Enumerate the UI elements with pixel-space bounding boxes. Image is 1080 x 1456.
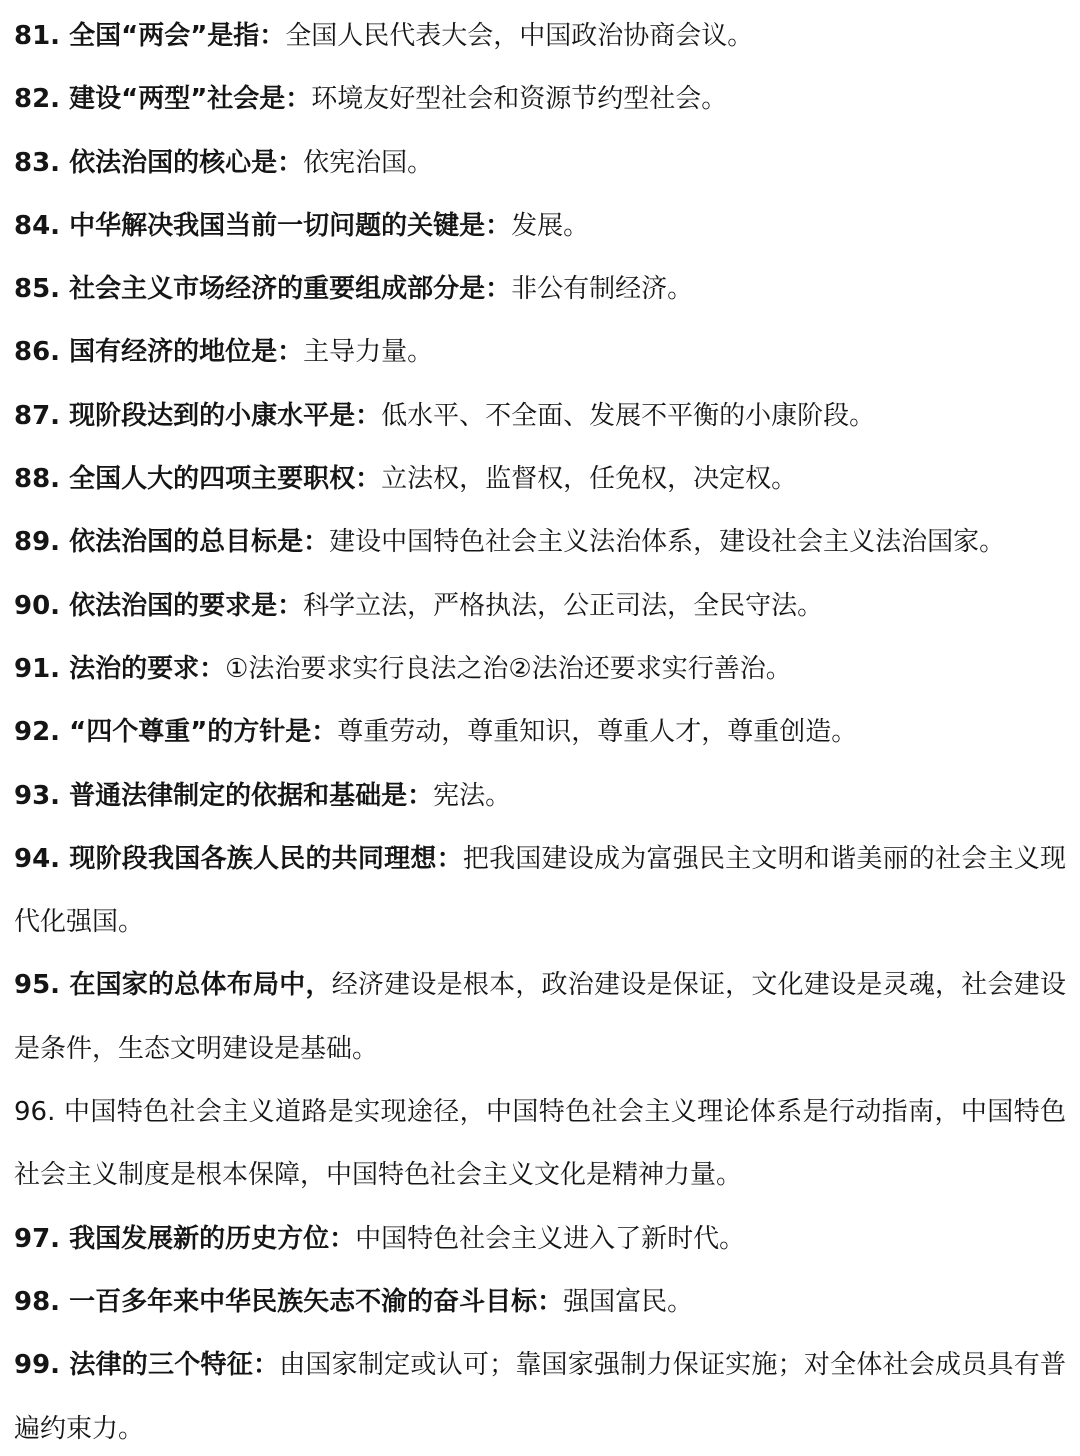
item-question: 90. 依法治国的要求是： (14, 591, 303, 621)
item-question: 92. “四个尊重”的方针是： (14, 717, 337, 747)
item-question: 91. 法治的要求： (14, 654, 225, 684)
item-answer: 立法权，监督权，任免权，决定权。 (381, 464, 797, 494)
list-item: 98. 一百多年来中华民族矢志不渝的奋斗目标：强国富民。 (14, 1271, 1066, 1334)
item-answer: ①法治要求实行良法之治②法治还要求实行善治。 (225, 654, 792, 684)
item-answer: 尊重劳动，尊重知识，尊重人才，尊重创造。 (337, 717, 857, 747)
item-answer: 建设中国特色社会主义法治体系，建设社会主义法治国家。 (329, 527, 1005, 557)
item-answer: 依宪治国。 (303, 148, 433, 178)
list-item: 96. 中国特色社会主义道路是实现途径，中国特色社会主义理论体系是行动指南，中国… (14, 1081, 1066, 1208)
item-question: 88. 全国人大的四项主要职权： (14, 464, 381, 494)
item-question: 94. 现阶段我国各族人民的共同理想： (14, 844, 463, 874)
item-answer: 宪法。 (433, 781, 511, 811)
item-question: 86. 国有经济的地位是： (14, 337, 303, 367)
list-item: 83. 依法治国的核心是：依宪治国。 (14, 132, 1066, 195)
item-question: 95. 在国家的总体布局中， (14, 970, 332, 1000)
item-answer: 强国富民。 (563, 1287, 693, 1317)
item-question: 84. 中华解决我国当前一切问题的关键是： (14, 211, 511, 241)
list-item: 89. 依法治国的总目标是：建设中国特色社会主义法治体系，建设社会主义法治国家。 (14, 511, 1066, 574)
item-answer: 低水平、不全面、发展不平衡的小康阶段。 (381, 401, 875, 431)
document-body: 81. 全国“两会”是指：全国人民代表大会，中国政治协商会议。 82. 建设“两… (0, 0, 1080, 1456)
list-item: 95. 在国家的总体布局中，经济建设是根本，政治建设是保证，文化建设是灵魂，社会… (14, 954, 1066, 1081)
item-question: 97. 我国发展新的历史方位： (14, 1224, 355, 1254)
item-question: 99. 法律的三个特征： (14, 1350, 279, 1380)
list-item: 92. “四个尊重”的方针是：尊重劳动，尊重知识，尊重人才，尊重创造。 (14, 701, 1066, 764)
list-item: 93. 普通法律制定的依据和基础是：宪法。 (14, 765, 1066, 828)
item-question: 98. 一百多年来中华民族矢志不渝的奋斗目标： (14, 1287, 563, 1317)
item-answer: 96. 中国特色社会主义道路是实现途径，中国特色社会主义理论体系是行动指南，中国… (14, 1097, 1066, 1190)
item-question: 81. 全国“两会”是指： (14, 21, 285, 51)
item-answer: 全国人民代表大会，中国政治协商会议。 (285, 21, 753, 51)
item-question: 89. 依法治国的总目标是： (14, 527, 329, 557)
list-item: 99. 法律的三个特征：由国家制定或认可；靠国家强制力保证实施；对全体社会成员具… (14, 1334, 1066, 1456)
list-item: 85. 社会主义市场经济的重要组成部分是：非公有制经济。 (14, 258, 1066, 321)
item-answer: 非公有制经济。 (511, 274, 693, 304)
list-item: 84. 中华解决我国当前一切问题的关键是：发展。 (14, 195, 1066, 258)
list-item: 87. 现阶段达到的小康水平是：低水平、不全面、发展不平衡的小康阶段。 (14, 385, 1066, 448)
item-question: 82. 建设“两型”社会是： (14, 84, 311, 114)
item-question: 87. 现阶段达到的小康水平是： (14, 401, 381, 431)
item-answer: 中国特色社会主义进入了新时代。 (355, 1224, 745, 1254)
item-question: 83. 依法治国的核心是： (14, 148, 303, 178)
item-question: 85. 社会主义市场经济的重要组成部分是： (14, 274, 511, 304)
list-item: 88. 全国人大的四项主要职权：立法权，监督权，任免权，决定权。 (14, 448, 1066, 511)
list-item: 82. 建设“两型”社会是：环境友好型社会和资源节约型社会。 (14, 68, 1066, 131)
list-item: 86. 国有经济的地位是：主导力量。 (14, 321, 1066, 384)
item-answer: 环境友好型社会和资源节约型社会。 (311, 84, 727, 114)
list-item: 81. 全国“两会”是指：全国人民代表大会，中国政治协商会议。 (14, 5, 1066, 68)
list-item: 94. 现阶段我国各族人民的共同理想：把我国建设成为富强民主文明和谐美丽的社会主… (14, 828, 1066, 955)
item-answer: 主导力量。 (303, 337, 433, 367)
item-question: 93. 普通法律制定的依据和基础是： (14, 781, 433, 811)
list-item: 90. 依法治国的要求是：科学立法，严格执法，公正司法，全民守法。 (14, 575, 1066, 638)
item-answer: 发展。 (511, 211, 589, 241)
item-answer: 科学立法，严格执法，公正司法，全民守法。 (303, 591, 823, 621)
list-item: 91. 法治的要求：①法治要求实行良法之治②法治还要求实行善治。 (14, 638, 1066, 701)
list-item: 97. 我国发展新的历史方位：中国特色社会主义进入了新时代。 (14, 1208, 1066, 1271)
